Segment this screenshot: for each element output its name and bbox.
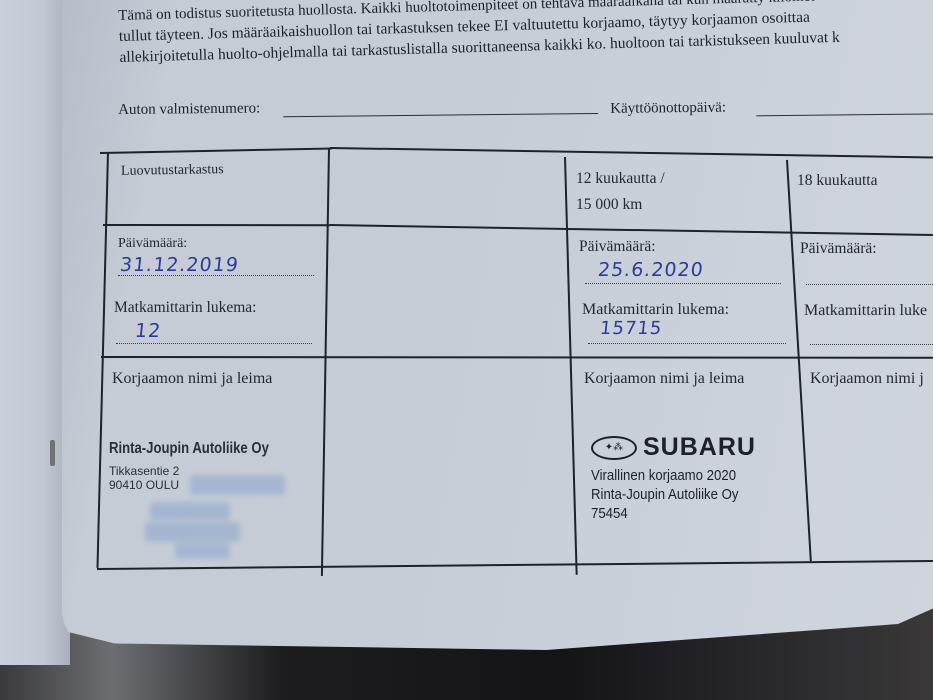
table-divider [330,224,933,236]
odometer-field [588,343,786,344]
table-divider [101,356,933,358]
workshop-label: Korjaamon nimi j [810,370,924,388]
date-value[interactable]: 25.6.2020 [597,259,705,281]
odometer-value[interactable]: 12 [134,320,162,342]
date-label: Päivämäärä: [579,238,656,256]
stamp-ink [175,543,230,559]
column-header: Luovutustarkastus [121,162,224,180]
stamp-ink [190,475,285,495]
odometer-label: Matkamittarin luke [804,302,927,320]
date-label: Päivämäärä: [800,240,877,258]
stamp-line: Rinta-Joupin Autoliike Oy [591,485,738,504]
date-label: Päivämäärä: [118,236,187,252]
subaru-stamp: ✦⁂ SUBARU Virallinen korjaamo 2020 Rinta… [591,433,759,523]
brand-name: SUBARU [643,433,756,462]
odometer-label: Matkamittarin lukema: [582,301,729,319]
date-field [585,283,781,284]
column-header: 12 kuukautta / [576,170,665,188]
table-border [96,152,108,568]
column-header: 15 000 km [576,196,642,214]
column-divider [564,157,577,575]
stamp-line: 75454 [591,504,738,523]
workshop-label: Korjaamon nimi ja leima [112,370,272,388]
column-divider [321,148,330,576]
table-border [100,148,332,154]
odometer-label: Matkamittarin lukema: [114,299,256,317]
odometer-value[interactable]: 15715 [599,318,663,339]
workshop-label: Korjaamon nimi ja leima [584,370,744,388]
odometer-field [116,343,312,344]
stamp-company-name: Rinta-Joupin Autoliike Oy [109,440,269,458]
date-field [118,275,314,276]
subaru-stars-icon: ✦⁂ [591,436,637,460]
stamp-ink [150,502,230,520]
table-divider [103,224,330,226]
table-border [330,147,933,158]
odometer-field[interactable] [810,344,933,345]
subaru-logo: ✦⁂ SUBARU [591,433,759,462]
column-divider [786,160,811,561]
stamp-line: Virallinen korjaamo 2020 [591,466,738,485]
date-value[interactable]: 31.12.2019 [119,254,240,276]
date-field[interactable] [806,284,933,285]
column-header: 18 kuukautta [797,172,878,190]
stamp-ink [145,522,240,542]
table-border [97,560,933,570]
